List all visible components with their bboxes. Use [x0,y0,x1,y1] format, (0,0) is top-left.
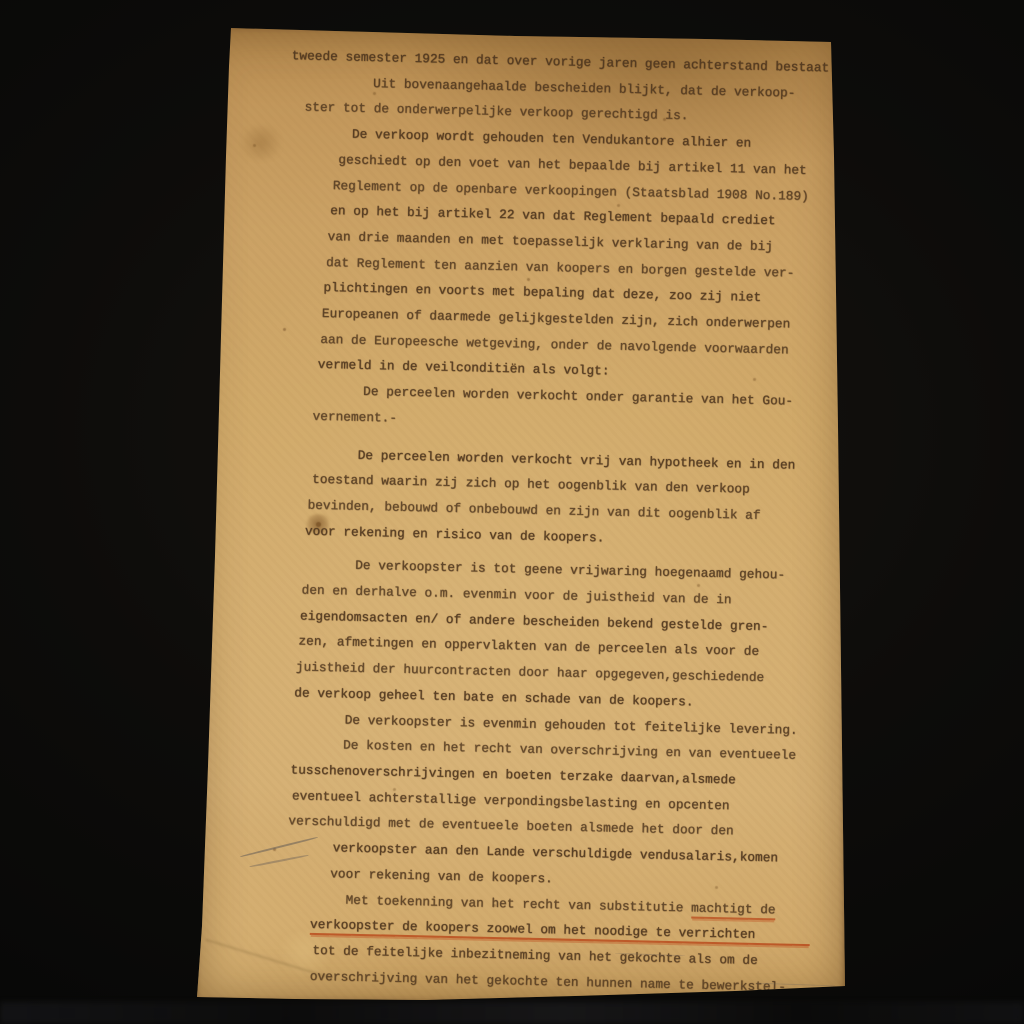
photo-background: tweede semester 1925 en dat over vorige … [0,0,1024,1024]
background-floor-sheen [0,1002,1024,1024]
typewritten-text: tweede semester 1925 en dat over vorige … [263,43,859,1001]
paper-specks [195,26,198,29]
document-paper: tweede semester 1925 en dat over vorige … [195,26,845,1002]
paper-stain [237,126,285,160]
red-underlined-text: machtigt de [691,900,776,920]
